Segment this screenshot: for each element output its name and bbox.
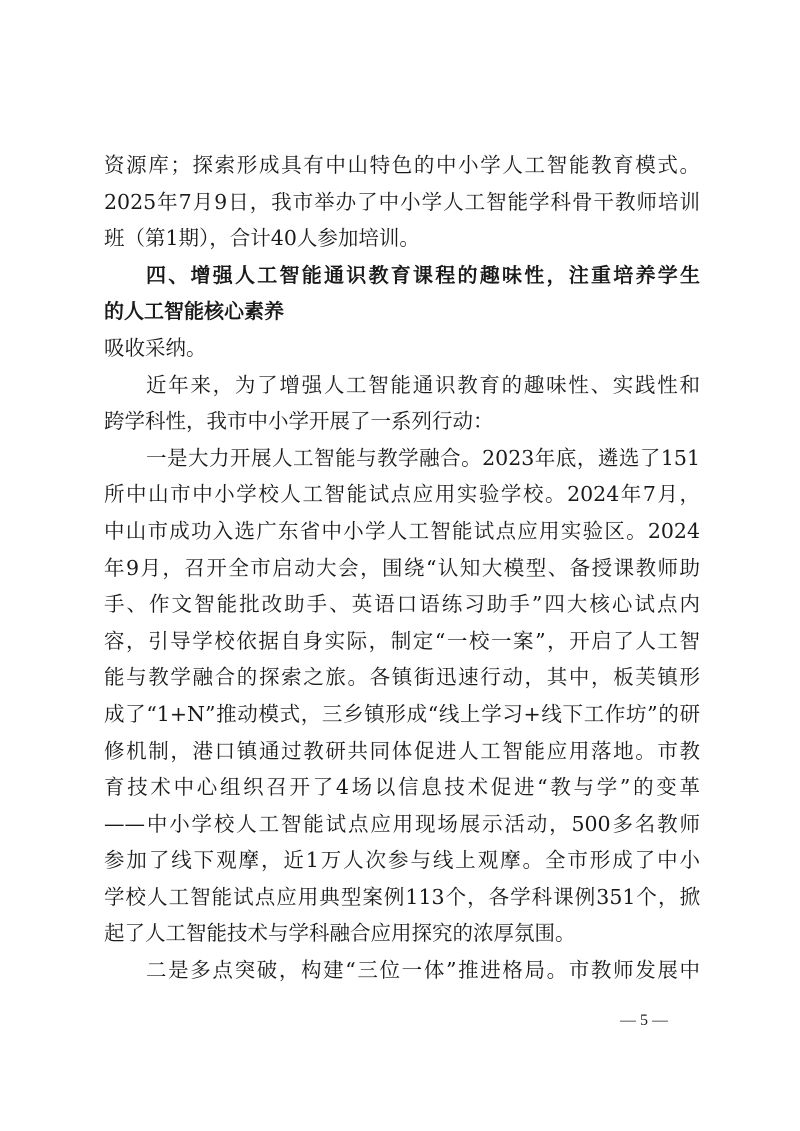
body-line: 中山市成功入选广东省中小学人工智能试点应用实验区。2024	[104, 513, 700, 550]
body-line: 起了人工智能技术与学科融合应用探究的浓厚氛围。	[104, 915, 700, 952]
body-line: ——中小学校人工智能试点应用现场展示活动，500多名教师	[104, 806, 700, 843]
body-line: 所中山市中小学校人工智能试点应用实验学校。2024年7月，	[104, 476, 700, 513]
body-line: 吸收采纳。	[104, 330, 700, 367]
body-line: 手、作文智能批改助手、英语口语练习助手”四大核心试点内	[104, 586, 700, 623]
paragraph-start: 二是多点突破，构建“三位一体”推进格局。市教师发展中	[104, 952, 700, 989]
paragraph-start: 一是大力开展人工智能与教学融合。2023年底，遴选了151	[104, 440, 700, 477]
body-line: 参加了线下观摩，近1万人次参与线上观摩。全市形成了中小	[104, 842, 700, 879]
body-line: 跨学科性，我市中小学开展了一系列行动：	[104, 403, 700, 440]
body-line: 2025年7月9日，我市举办了中小学人工智能学科骨干教师培训	[104, 184, 700, 221]
body-line: 班（第1期），合计40人参加培训。	[104, 220, 700, 257]
paragraph-start: 近年来，为了增强人工智能通识教育的趣味性、实践性和	[104, 367, 700, 404]
section-heading: 四、增强人工智能通识教育课程的趣味性，注重培养学生	[104, 257, 700, 294]
body-line: 年9月，召开全市启动大会，围绕“认知大模型、备授课教师助	[104, 550, 700, 587]
document-body: 资源库；探索形成具有中山特色的中小学人工智能教育模式。 2025年7月9日，我市…	[104, 147, 700, 989]
page-number: — 5 —	[620, 1012, 668, 1030]
body-line: 修机制，港口镇通过教研共同体促进人工智能应用落地。市教	[104, 733, 700, 770]
body-line: 容，引导学校依据自身实际，制定“一校一案”，开启了人工智	[104, 623, 700, 660]
body-line: 资源库；探索形成具有中山特色的中小学人工智能教育模式。	[104, 147, 700, 184]
body-line: 育技术中心组织召开了4场以信息技术促进“教与学”的变革	[104, 769, 700, 806]
body-line: 能与教学融合的探索之旅。各镇街迅速行动，其中，板芙镇形	[104, 659, 700, 696]
body-line: 成了“1+N”推动模式，三乡镇形成“线上学习+线下工作坊”的研	[104, 696, 700, 733]
section-heading-continued: 的人工智能核心素养	[104, 293, 700, 330]
body-line: 学校人工智能试点应用典型案例113个，各学科课例351个，掀	[104, 879, 700, 916]
